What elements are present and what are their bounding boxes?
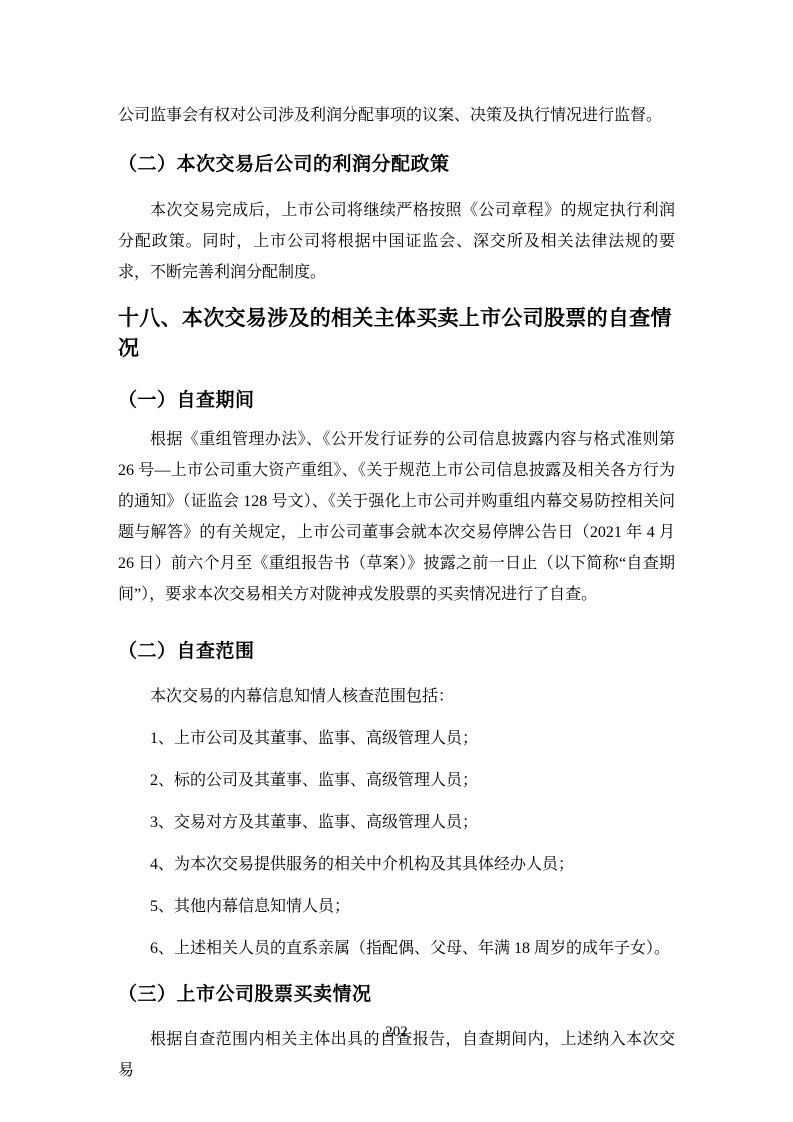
profit-policy-paragraph: 本次交易完成后，上市公司将继续严格按照《公司章程》的规定执行利润分配政策。同时，… — [118, 195, 675, 288]
scope-list-item: 4、为本次交易提供服务的相关中介机构及其具体经办人员； — [118, 849, 675, 880]
scope-list-item: 6、上述相关人员的直系亲属（指配偶、父母、年满 18 周岁的成年子女）。 — [118, 933, 675, 964]
heading-profit-policy: （二）本次交易后公司的利润分配政策 — [118, 151, 675, 179]
heading-self-check-scope: （二）自查范围 — [118, 638, 675, 666]
self-check-scope-intro: 本次交易的内幕信息知情人核查范围包括： — [118, 681, 675, 712]
scope-list-item: 5、其他内幕信息知情人员； — [118, 891, 675, 922]
heading-stock-trading: （三）上市公司股票买卖情况 — [118, 981, 675, 1009]
scope-list-item: 3、交易对方及其董事、监事、高级管理人员； — [118, 807, 675, 838]
scope-list-item: 1、上市公司及其董事、监事、高级管理人员； — [118, 723, 675, 754]
self-check-period-paragraph: 根据《重组管理办法》、《公开发行证券的公司信息披露内容与格式准则第 26 号—上… — [118, 424, 675, 610]
page-number: 202 — [0, 1022, 793, 1042]
heading-self-check-period: （一）自查期间 — [118, 387, 675, 415]
document-page: 公司监事会有权对公司涉及利润分配事项的议案、决策及执行情况进行监督。 （二）本次… — [0, 0, 793, 1122]
continuation-paragraph: 公司监事会有权对公司涉及利润分配事项的议案、决策及执行情况进行监督。 — [118, 100, 675, 131]
scope-list-item: 2、标的公司及其董事、监事、高级管理人员； — [118, 765, 675, 796]
heading-section-18: 十八、本次交易涉及的相关主体买卖上市公司股票的自查情况 — [118, 304, 675, 364]
